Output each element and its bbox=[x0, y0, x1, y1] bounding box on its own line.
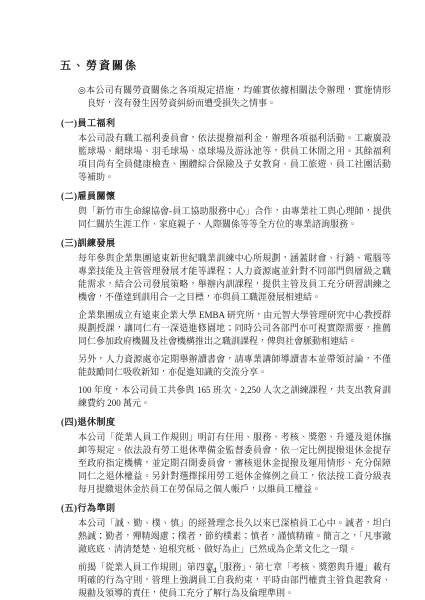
body-paragraph: 100 年度，本公司員工共參與 165 班次、2,250 人次之訓練課程，共支出… bbox=[60, 384, 391, 410]
section: (一)員工福利本公司設有職工福利委員會，依法提撥福利金，辦理各項福利活動。工廠廣… bbox=[60, 116, 391, 184]
section: (四)退休制度本公司「從業人員工作規則」明訂有任用、服務、考核、獎懲、升遷及退休… bbox=[60, 415, 391, 496]
section-title: (三)訓練發展 bbox=[61, 236, 391, 249]
section: (二)雇員關懷與「新竹市生命線協會-員工協助服務中心」合作，由專業社工與心理師，… bbox=[60, 189, 391, 231]
document-page: 五、勞資關係 ◎本公司有關勞資關係之各項規定措施，均確實依據相關法令辦理，實施情… bbox=[0, 0, 425, 600]
body-paragraph: 企業集團成立有遠東企業大學 EMBA 研究所，由元智大學管理研究中心教授群規劃授… bbox=[60, 309, 391, 348]
body-paragraph: 另外，人力資源處亦定期舉辦讀書會，請專業講師導讀書本並帶領討論，不僅能鼓勵同仁吸… bbox=[60, 353, 391, 379]
section-title: (二)雇員關懷 bbox=[61, 189, 391, 202]
body-paragraph: 本公司設有職工福利委員會，依法提撥福利金，辦理各項福利活動。工廠廣設籃球場、網球… bbox=[60, 132, 391, 184]
section: (五)行為準則本公司「誠、勤、樸、慎」的經營理念長久以來已深植員工心中。誠者，坦… bbox=[60, 501, 391, 600]
section-title: (一)員工福利 bbox=[61, 116, 391, 129]
body-paragraph: 每年參與企業集團遠東新世紀職業訓練中心所規劃，涵蓋財會、行銷、電腦等專業技能及主… bbox=[60, 252, 391, 304]
sections-container: (一)員工福利本公司設有職工福利委員會，依法提撥福利金，辦理各項福利活動。工廠廣… bbox=[60, 116, 391, 600]
body-paragraph: 本公司「誠、勤、樸、慎」的經營理念長久以來已深植員工心中。誠者，坦白熱誠；勤者，… bbox=[60, 517, 391, 556]
body-paragraph: 本公司「從業人員工作規則」明訂有任用、服務、考核、獎懲、升遷及退休撫卹等規定。依… bbox=[60, 431, 391, 496]
section-title: (四)退休制度 bbox=[61, 415, 391, 428]
section-title: (五)行為準則 bbox=[61, 501, 391, 514]
section: (三)訓練發展每年參與企業集團遠東新世紀職業訓練中心所規劃，涵蓋財會、行銷、電腦… bbox=[60, 236, 391, 410]
body-paragraph: 與「新竹市生命線協會-員工協助服務中心」合作，由專業社工與心理師，提供同仁關於生… bbox=[60, 205, 391, 231]
page-content: 五、勞資關係 ◎本公司有關勞資關係之各項規定措施，均確實依據相關法令辦理，實施情… bbox=[60, 57, 391, 600]
page-number: - 64 - bbox=[0, 565, 425, 575]
intro-paragraph: ◎本公司有關勞資關係之各項規定措施，均確實依據相關法令辦理，實施情形良好，沒有發… bbox=[60, 84, 391, 110]
chapter-heading: 五、勞資關係 bbox=[60, 57, 391, 73]
